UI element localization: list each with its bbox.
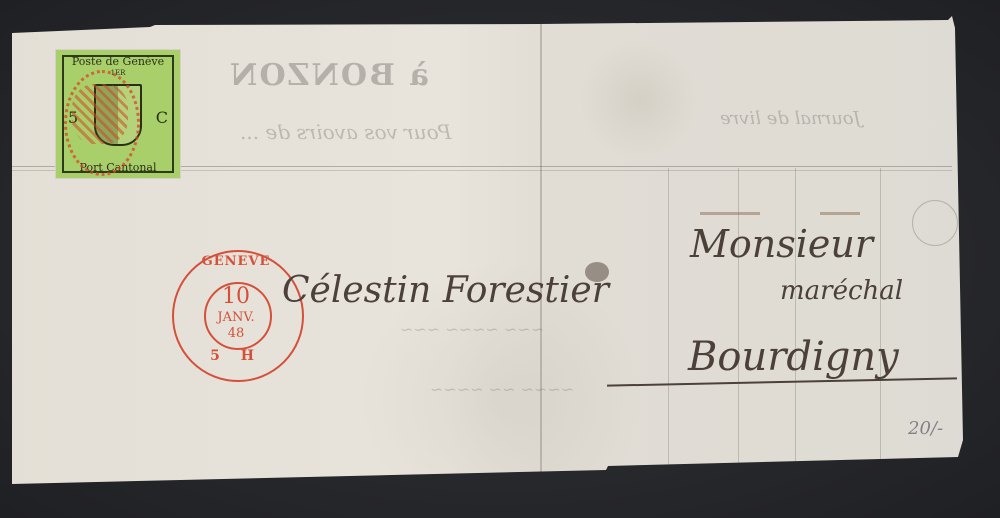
ruled-column [795,168,796,468]
address-place: Bourdigny [688,334,899,380]
postmark-time: 5 H [200,348,272,364]
show-through-script: Pour vos avoirs de ... [240,120,451,144]
ruled-column [880,168,881,468]
postmark-year: 48 [206,326,266,341]
ink-stain [820,212,860,215]
show-through-right-script: Journal de livre [720,108,861,129]
pencil-annotation: 20/- [908,418,943,439]
ghost-postmark [912,200,958,246]
rosette-cancel-fill [72,84,128,144]
postmark-day: 10 [206,284,266,309]
stamp-value-right: C [156,108,168,127]
address-title: maréchal [780,276,903,306]
fold-crease [540,24,542,474]
show-through-lines: ~~~ ~~~~ ~~~ [400,320,544,339]
address-name: Célestin Forestier [282,270,609,311]
ink-stain [700,212,760,215]
ruled-column [668,168,669,468]
address-salutation: Monsieur [690,222,873,266]
postmark-town: GENEVE [196,254,276,269]
stamp-top-text: Poste de Genève [56,55,180,68]
show-through-lines: ~~~~ ~~ ~~~~ [430,380,574,399]
postmark-month: JANV. [200,310,272,325]
show-through-heading: à BONZON [228,58,429,93]
